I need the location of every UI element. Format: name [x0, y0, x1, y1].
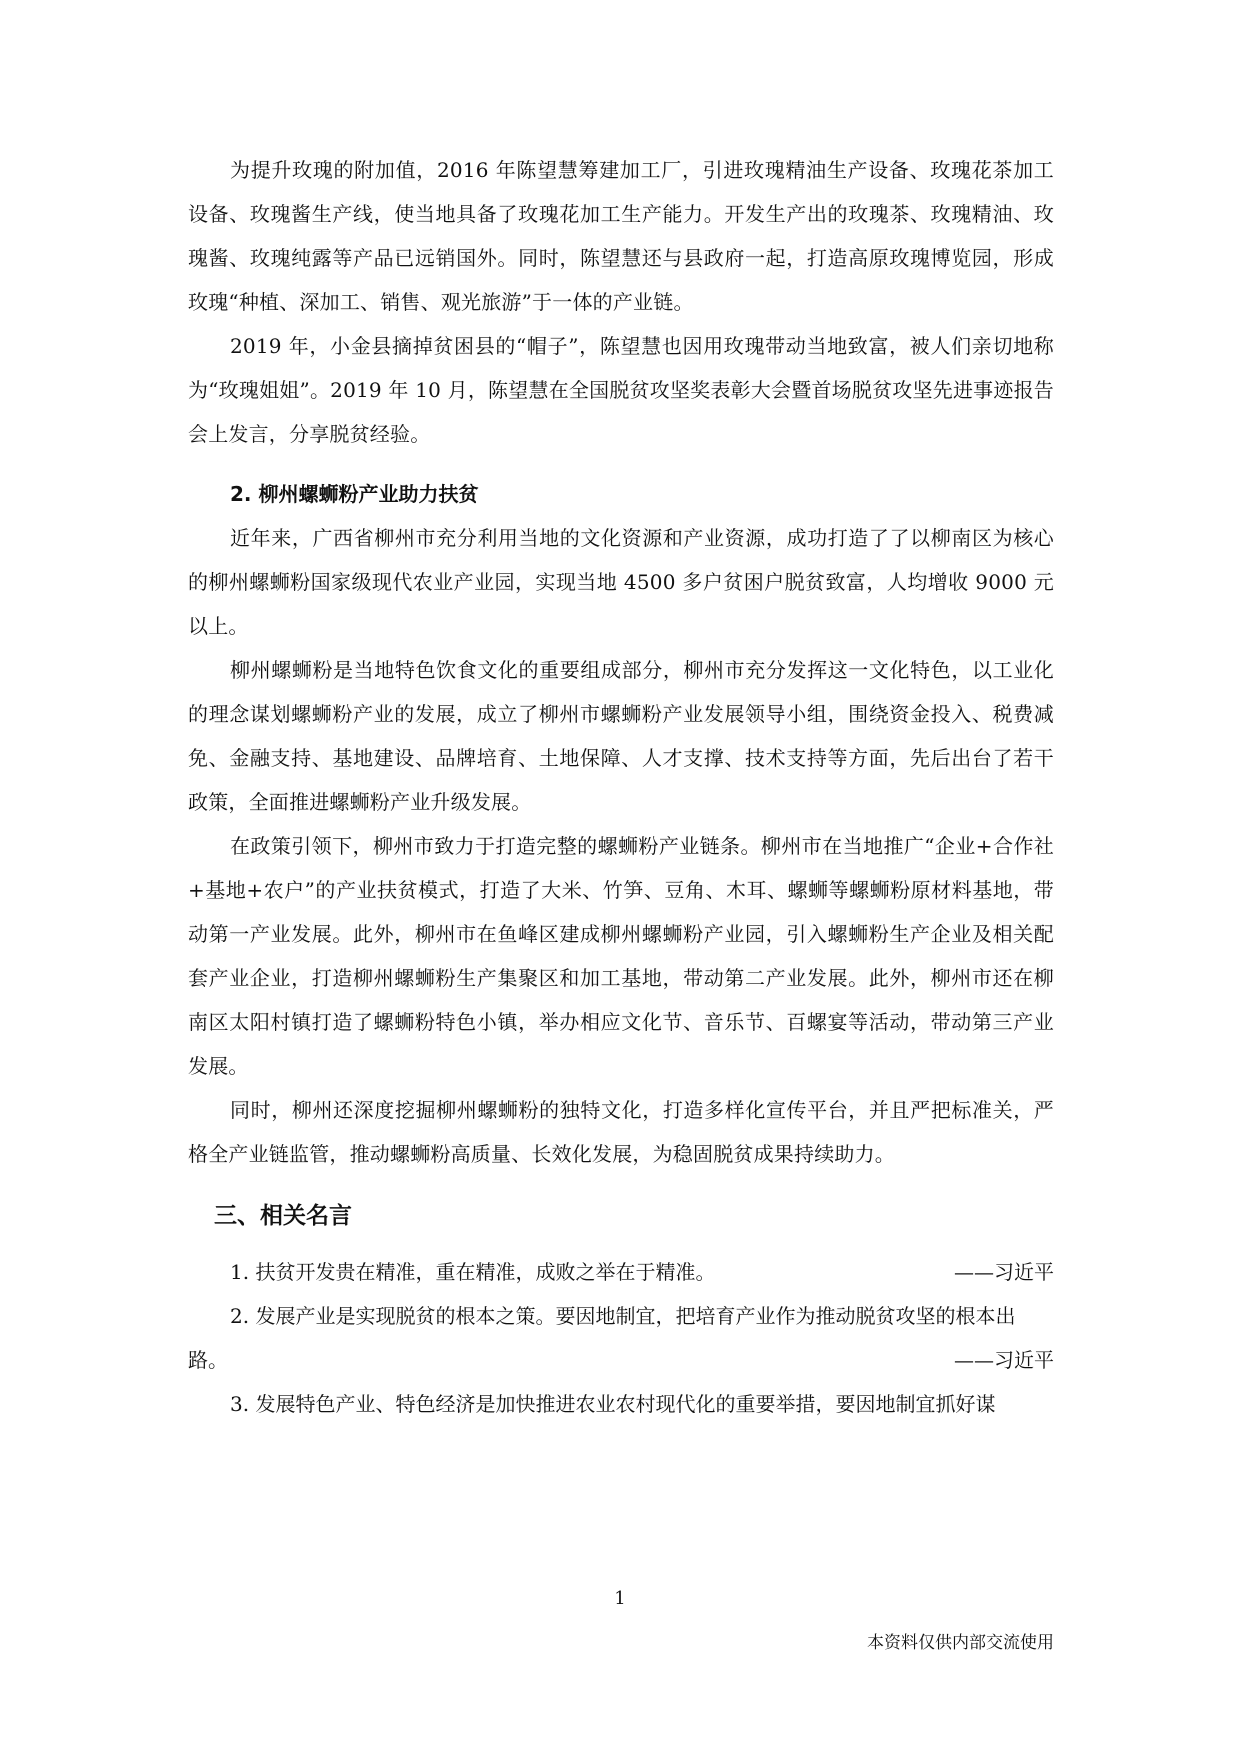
paragraph: 同时，柳州还深度挖掘柳州螺蛳粉的独特文化，打造多样化宣传平台，并且严把标准关，严… — [188, 1088, 1054, 1176]
quote-attribution: ——习近平 — [954, 1250, 1054, 1294]
paragraph: 为提升玫瑰的附加值，2016 年陈望慧筹建加工厂，引进玫瑰精油生产设备、玫瑰花茶… — [188, 148, 1054, 324]
document-page: 为提升玫瑰的附加值，2016 年陈望慧筹建加工厂，引进玫瑰精油生产设备、玫瑰花茶… — [188, 148, 1054, 1426]
footer-note: 本资料仅供内部交流使用 — [867, 1628, 1054, 1653]
paragraph: 近年来，广西省柳州市充分利用当地的文化资源和产业资源，成功打造了了以柳南区为核心… — [188, 516, 1054, 648]
quote-item: 3. 发展特色产业、特色经济是加快推进农业农村现代化的重要举措，要因地制宜抓好谋 — [188, 1382, 1054, 1426]
quote-item: 2. 发展产业是实现脱贫的根本之策。要因地制宜，把培育产业作为推动脱贫攻坚的根本… — [188, 1294, 1054, 1382]
quote-item: 1. 扶贫开发贵在精准，重在精准，成败之举在于精准。 ——习近平 — [188, 1250, 1054, 1294]
quote-text: 2. 发展产业是实现脱贫的根本之策。要因地制宜，把培育产业作为推动脱贫攻坚的根本… — [188, 1304, 1015, 1372]
paragraph: 柳州螺蛳粉是当地特色饮食文化的重要组成部分，柳州市充分发挥这一文化特色，以工业化… — [188, 648, 1054, 824]
quote-attribution: ——习近平 — [954, 1338, 1054, 1382]
section-heading: 2. 柳州螺蛳粉产业助力扶贫 — [188, 472, 1054, 516]
paragraph: 在政策引领下，柳州市致力于打造完整的螺蛳粉产业链条。柳州市在当地推广“企业+合作… — [188, 824, 1054, 1088]
quote-text: 3. 发展特色产业、特色经济是加快推进农业农村现代化的重要举措，要因地制宜抓好谋 — [230, 1392, 995, 1416]
paragraph: 2019 年，小金县摘掉贫困县的“帽子”，陈望慧也因用玫瑰带动当地致富，被人们亲… — [188, 324, 1054, 456]
chapter-heading: 三、相关名言 — [188, 1194, 1054, 1238]
page-number: 1 — [0, 1588, 1240, 1609]
quote-text: 1. 扶贫开发贵在精准，重在精准，成败之举在于精准。 — [230, 1260, 715, 1284]
